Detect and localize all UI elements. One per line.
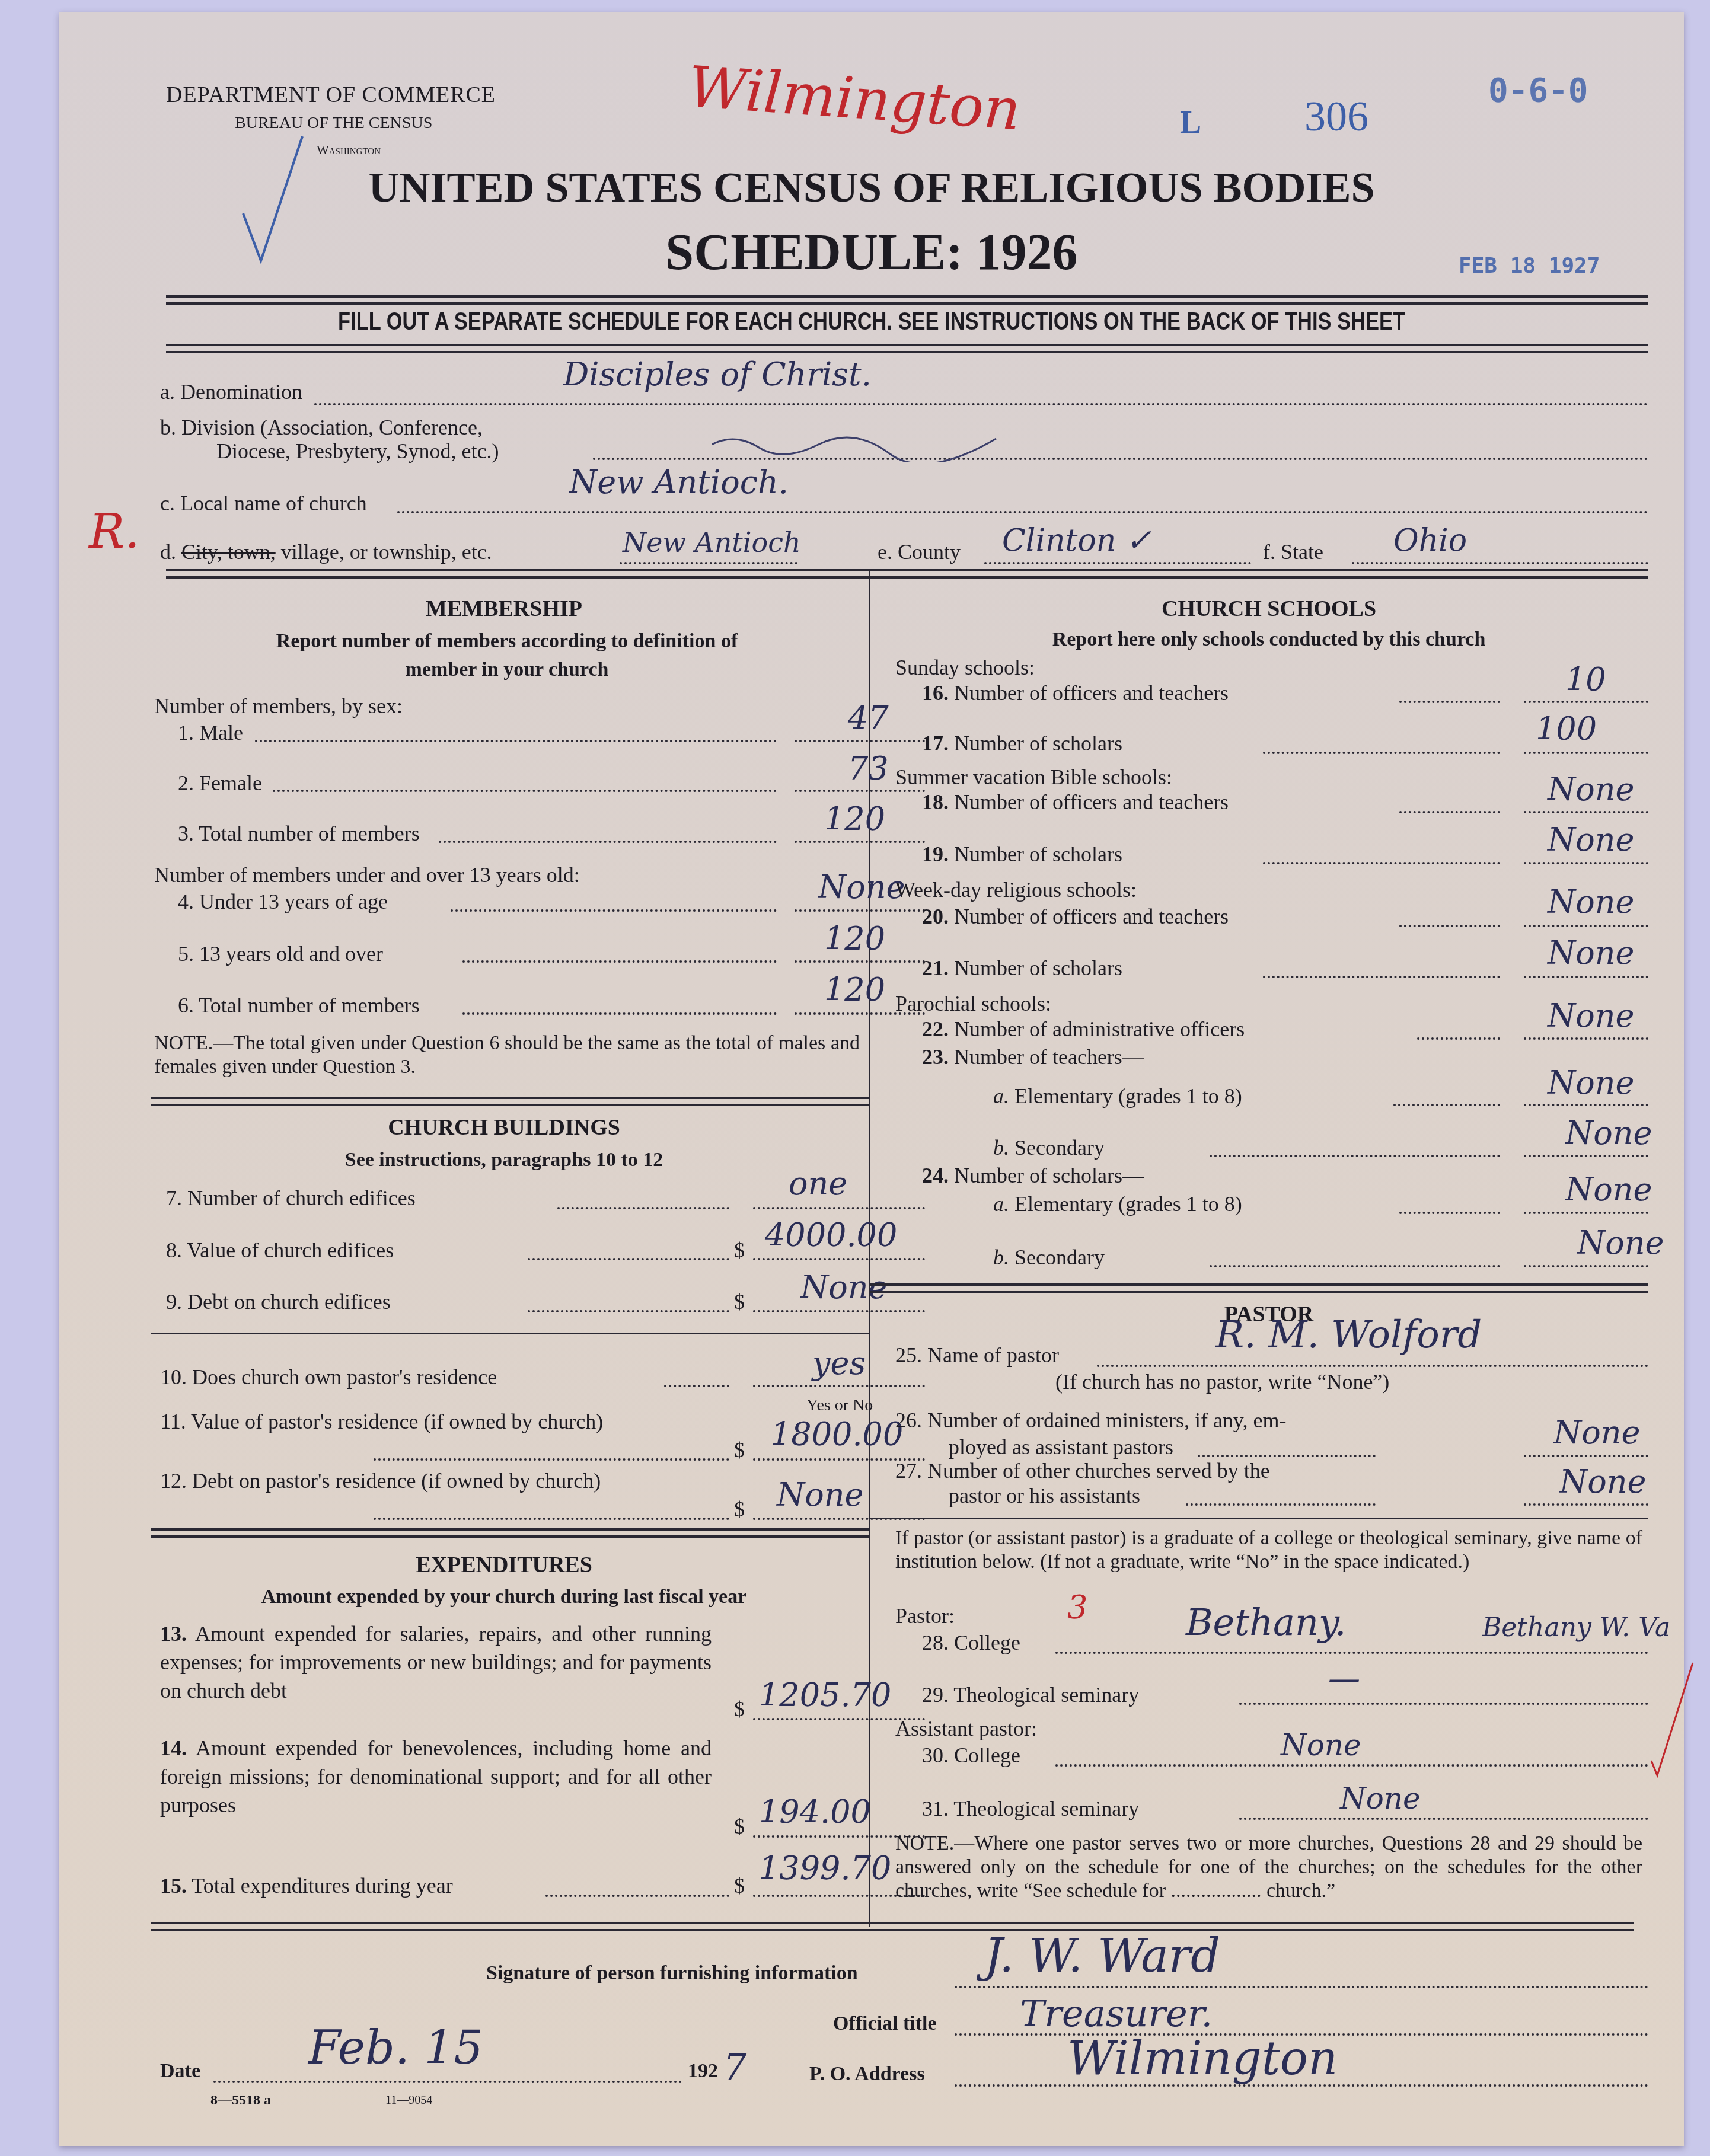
- total-members-2-field[interactable]: 120: [824, 971, 885, 1008]
- sec-teachers-field[interactable]: None: [1565, 1114, 1652, 1152]
- expenditure-row-15: 15. Total expenditures during year: [160, 1873, 453, 1898]
- q31-label: 31. Theological seminary: [922, 1796, 1139, 1821]
- benevolences-field[interactable]: 194.00: [759, 1793, 871, 1831]
- local-name-label: c. Local name of church: [160, 491, 367, 516]
- buildings-row-11: 11. Value of pastor's residence (if owne…: [160, 1408, 712, 1435]
- total-members-field[interactable]: 120: [824, 800, 885, 838]
- row-leader: [374, 1518, 729, 1520]
- city-label-struck: City, town,: [181, 540, 276, 564]
- pastor-name-hint: (If church has no pastor, write “None”): [1055, 1369, 1389, 1394]
- code-stamp: 0-6-0: [1488, 71, 1588, 110]
- total-expenditures-field[interactable]: 1399.70: [759, 1850, 891, 1887]
- member-row-female: 2. Female: [178, 771, 262, 796]
- year-prefix: 192: [688, 2060, 718, 2082]
- weekday-officers-field[interactable]: None: [1548, 883, 1635, 921]
- age-label: Number of members under and over 13 year…: [154, 863, 580, 887]
- membership-note: NOTE.—The total given under Question 6 s…: [154, 1031, 860, 1079]
- q26-label: 26. Number of ordained ministers, if any…: [895, 1408, 1287, 1433]
- school-row-20: 20. Number of officers and teachers: [922, 904, 1229, 929]
- file-number: 306: [1304, 92, 1368, 141]
- row-leader: [451, 909, 777, 912]
- buildings-heading: CHURCH BUILDINGS: [148, 1114, 860, 1141]
- date-label: Date: [160, 2060, 200, 2082]
- year-field[interactable]: 7: [723, 2045, 746, 2088]
- residence-line: [753, 1385, 925, 1387]
- form-number: 8—5518 a: [210, 2093, 271, 2109]
- assistant-seminary-field[interactable]: None: [1340, 1781, 1421, 1816]
- summer-scholars-field[interactable]: None: [1548, 821, 1635, 858]
- row-leader: [1399, 1212, 1500, 1214]
- female-count-field[interactable]: 73: [848, 750, 889, 787]
- divider: [166, 344, 1648, 346]
- 13over-line: [795, 960, 925, 963]
- asst-college-line: [1055, 1764, 1648, 1767]
- row-leader: [1417, 1037, 1500, 1040]
- by-sex-label: Number of members, by sex:: [154, 694, 403, 718]
- 13over-field[interactable]: 120: [824, 920, 885, 957]
- denomination-line: [314, 403, 1648, 405]
- parochial-schools-label: Parochial schools:: [895, 991, 1051, 1016]
- divider: [166, 569, 1648, 571]
- pastor-college-extra: Bethany W. Va: [1482, 1612, 1670, 1643]
- division-label-cont: Diocese, Presbytery, Synod, etc.): [216, 439, 499, 464]
- value-line: [1524, 925, 1648, 927]
- sunday-scholars-field[interactable]: 100: [1536, 710, 1597, 748]
- value-line: [1524, 701, 1648, 703]
- sunday-officers-field[interactable]: 10: [1565, 661, 1606, 698]
- elem-teachers-field[interactable]: None: [1548, 1064, 1635, 1101]
- expenditure-row-13: 13. Amount expended for salaries, repair…: [160, 1620, 712, 1705]
- buildings-row-12: 12. Debt on pastor's residence (if owned…: [160, 1467, 712, 1494]
- residence-debt-field[interactable]: None: [777, 1476, 864, 1513]
- state-label: f. State: [1263, 539, 1323, 564]
- member-row-13over: 5. 13 years old and over: [178, 941, 383, 966]
- expenditures-subheading: Amount expended by your church during la…: [148, 1586, 860, 1608]
- edifices-line: [753, 1207, 925, 1209]
- school-row-17: 17. Number of scholars: [922, 731, 1122, 756]
- q27-label-cont: pastor or his assistants: [949, 1483, 1140, 1508]
- local-name-line: [397, 511, 1648, 513]
- row-leader: [1263, 752, 1500, 754]
- asst-seminary-line: [1239, 1818, 1648, 1820]
- signature-label: Signature of person furnishing informati…: [486, 1962, 858, 1985]
- under13-line: [795, 909, 925, 912]
- row-leader: [664, 1385, 729, 1387]
- pastor-seminary-field[interactable]: —: [1328, 1660, 1360, 1697]
- value-line: [1524, 976, 1648, 978]
- denomination-label: a. Denomination: [160, 379, 302, 404]
- row-leader: [1399, 925, 1500, 927]
- school-row-19: 19. Number of scholars: [922, 842, 1122, 867]
- dollar-sign: $: [734, 1238, 745, 1263]
- row-leader: [1198, 1455, 1376, 1457]
- member-row-male: 1. Male: [178, 720, 243, 745]
- schools-subheading: Report here only schools conducted by th…: [878, 628, 1660, 651]
- owns-residence-field[interactable]: yes: [812, 1344, 866, 1382]
- expenditures-heading: EXPENDITURES: [148, 1552, 860, 1578]
- po-address-label: P. O. Address: [809, 2063, 925, 2085]
- q27-label: 27. Number of other churches served by t…: [895, 1458, 1270, 1483]
- value-line: [1524, 1037, 1648, 1040]
- schedule-title: SCHEDULE: 1926: [59, 222, 1684, 282]
- margin-r-mark: R.: [89, 504, 140, 559]
- census-schedule-page: DEPARTMENT OF COMMERCE BUREAU OF THE CEN…: [59, 12, 1684, 2146]
- member-row-total2: 6. Total number of members: [178, 993, 420, 1018]
- city-line: [620, 562, 797, 564]
- female-line: [795, 790, 925, 792]
- total-line: [795, 841, 925, 843]
- value-edifices-field[interactable]: 4000.00: [765, 1216, 897, 1254]
- college-line: [1055, 1652, 1648, 1654]
- divider: [151, 1528, 869, 1531]
- value-line: [1524, 1155, 1648, 1157]
- signature-field[interactable]: J. W. Ward: [984, 1930, 1220, 1983]
- residence-value-field[interactable]: 1800.00: [771, 1416, 903, 1453]
- city-label-rest: village, or township, etc.: [281, 540, 492, 564]
- print-number: 11—9054: [385, 2094, 432, 2107]
- running-expenses-field[interactable]: 1205.70: [759, 1676, 891, 1714]
- assistant-college-field[interactable]: None: [1281, 1728, 1361, 1762]
- divider: [151, 1333, 869, 1334]
- state-field[interactable]: Ohio: [1393, 523, 1467, 558]
- q26-label-cont: ployed as assistant pastors: [949, 1435, 1173, 1459]
- value-line: [1524, 1503, 1648, 1506]
- membership-subheading: Report number of members according to de…: [255, 627, 759, 684]
- buildings-subheading: See instructions, paragraphs 10 to 12: [148, 1149, 860, 1171]
- denomination-field[interactable]: Disciples of Christ.: [563, 356, 872, 393]
- school-row-24a: a. Elementary (grades 1 to 8): [993, 1192, 1242, 1216]
- graduate-instructions: If pastor (or assistant pastor) is a gra…: [895, 1526, 1642, 1574]
- debt-edifices-field[interactable]: None: [800, 1269, 888, 1306]
- dollar-sign: $: [734, 1438, 745, 1462]
- local-name-field[interactable]: New Antioch.: [569, 464, 789, 501]
- school-row-24b: b. Secondary: [993, 1245, 1105, 1270]
- date-line: [213, 2081, 682, 2083]
- row-leader: [1399, 811, 1500, 813]
- school-row-24: 24. Number of scholars—: [922, 1163, 1144, 1188]
- row-leader: [557, 1207, 729, 1209]
- under13-field[interactable]: None: [818, 868, 905, 906]
- member-row-under13: 4. Under 13 years of age: [178, 889, 388, 914]
- school-row-21: 21. Number of scholars: [922, 956, 1122, 980]
- value-line: [1524, 811, 1648, 813]
- pastor-college-field[interactable]: Bethany.: [1186, 1601, 1347, 1644]
- county-field[interactable]: Clinton ✓: [1002, 523, 1151, 558]
- official-title-label: Official title: [833, 2013, 937, 2035]
- admin-officers-field[interactable]: None: [1548, 997, 1635, 1034]
- signature-line: [955, 1986, 1648, 1988]
- row-leader: [255, 740, 777, 742]
- city-label-prefix: d.: [160, 540, 176, 564]
- department-name: DEPARTMENT OF COMMERCE: [166, 82, 496, 108]
- elem-scholars-field[interactable]: None: [1565, 1171, 1652, 1208]
- weekday-scholars-field[interactable]: None: [1548, 934, 1635, 972]
- pastor-sub-label: Pastor:: [895, 1604, 955, 1628]
- instructions-banner: FILL OUT A SEPARATE SCHEDULE FOR EACH CH…: [206, 307, 1538, 336]
- value-line: [1524, 1104, 1648, 1106]
- assistant-ministers-field[interactable]: None: [1553, 1414, 1641, 1451]
- assistant-pastor-label: Assistant pastor:: [895, 1716, 1037, 1741]
- q30-label: 30. College: [922, 1743, 1020, 1768]
- schools-heading: CHURCH SCHOOLS: [878, 596, 1660, 622]
- divider: [151, 1097, 869, 1099]
- school-row-23a: a. Elementary (grades 1 to 8): [993, 1084, 1242, 1109]
- pastor-name-field[interactable]: R. M. Wolford: [1215, 1313, 1482, 1357]
- row-leader: [1399, 701, 1500, 703]
- seminary-line: [1239, 1703, 1648, 1705]
- value-line: [753, 1258, 925, 1260]
- row-leader: [1263, 976, 1500, 978]
- row-leader: [439, 841, 777, 843]
- row-leader: [528, 1258, 729, 1260]
- dollar-sign: $: [734, 1497, 745, 1522]
- l-mark: L: [1180, 104, 1201, 140]
- row-leader: [1186, 1503, 1376, 1506]
- row-leader: [462, 1012, 777, 1015]
- school-row-22: 22. Number of administrative officers: [922, 1017, 1245, 1042]
- handwritten-place: Wilmington: [686, 54, 1023, 143]
- row-leader: [1210, 1265, 1500, 1267]
- num-edifices-field[interactable]: one: [789, 1165, 847, 1202]
- school-row-18: 18. Number of officers and teachers: [922, 790, 1229, 815]
- value-line: [1524, 1455, 1648, 1457]
- value-line: [1524, 1212, 1648, 1214]
- state-line: [1352, 562, 1648, 564]
- row-leader: [1210, 1155, 1500, 1157]
- member-row-total: 3. Total number of members: [178, 821, 420, 846]
- scribble-mark: [712, 427, 1008, 462]
- row-leader: [374, 1458, 729, 1461]
- divider: [166, 295, 1648, 298]
- pastor-note: NOTE.—Where one pastor serves two or mor…: [895, 1832, 1642, 1903]
- row-leader: [1263, 862, 1500, 864]
- sunday-schools-label: Sunday schools:: [895, 655, 1035, 680]
- division-label: b. Division (Association, Conference,: [160, 415, 483, 440]
- sec-scholars-field[interactable]: None: [1577, 1224, 1664, 1261]
- official-title-field[interactable]: Treasurer.: [1020, 1992, 1213, 2035]
- summer-officers-field[interactable]: None: [1548, 771, 1635, 808]
- pastor-name-label: 25. Name of pastor: [895, 1343, 1059, 1368]
- summer-schools-label: Summer vacation Bible schools:: [895, 765, 1172, 790]
- school-row-23: 23. Number of teachers—: [922, 1045, 1144, 1069]
- buildings-row-8: 8. Value of church edifices: [166, 1238, 394, 1263]
- other-churches-field[interactable]: None: [1559, 1463, 1647, 1500]
- city-label: d. City, town, village, or township, etc…: [160, 539, 492, 564]
- row-leader: [545, 1895, 729, 1897]
- row-leader: [528, 1310, 729, 1312]
- q29-label: 29. Theological seminary: [922, 1682, 1139, 1707]
- form-title: UNITED STATES CENSUS OF RELIGIOUS BODIES: [59, 163, 1684, 212]
- date-field[interactable]: Feb. 15: [308, 2021, 483, 2075]
- pastor-name-line: [1097, 1365, 1648, 1367]
- expenditure-row-14: 14. Amount expended for benevolences, in…: [160, 1734, 712, 1819]
- po-address-field[interactable]: Wilmington: [1067, 2032, 1338, 2085]
- county-label: e. County: [878, 539, 961, 564]
- pastor-red-mark: 3: [1067, 1589, 1087, 1626]
- value-line: [1524, 862, 1648, 864]
- bureau-city: Washington: [317, 142, 381, 158]
- male-line: [795, 740, 925, 742]
- row-leader: [462, 960, 777, 963]
- value-line: [1524, 752, 1648, 754]
- divider: [870, 1283, 1648, 1286]
- q28-label: 28. College: [922, 1630, 1020, 1655]
- value-line: [1524, 1265, 1648, 1267]
- row-leader: [273, 790, 777, 792]
- school-row-23b: b. Secondary: [993, 1135, 1105, 1160]
- male-count-field[interactable]: 47: [848, 699, 889, 737]
- membership-heading: MEMBERSHIP: [148, 596, 860, 622]
- check-mark-icon: [1648, 1660, 1696, 1778]
- divider: [151, 1922, 1634, 1924]
- buildings-row-9: 9. Debt on church edifices: [166, 1289, 391, 1314]
- dollar-sign: $: [734, 1289, 745, 1314]
- yes-no-hint: Yes or No: [806, 1396, 873, 1415]
- row-leader: [1393, 1104, 1500, 1106]
- city-field[interactable]: New Antioch: [623, 526, 801, 558]
- county-line: [984, 562, 1251, 564]
- buildings-row-10: 10. Does church own pastor's residence: [160, 1365, 497, 1390]
- school-row-16: 16. Number of officers and teachers: [922, 681, 1229, 705]
- weekday-schools-label: Week-day religious schools:: [895, 877, 1137, 902]
- buildings-row-7: 7. Number of church edifices: [166, 1186, 416, 1210]
- divider: [870, 1518, 1648, 1519]
